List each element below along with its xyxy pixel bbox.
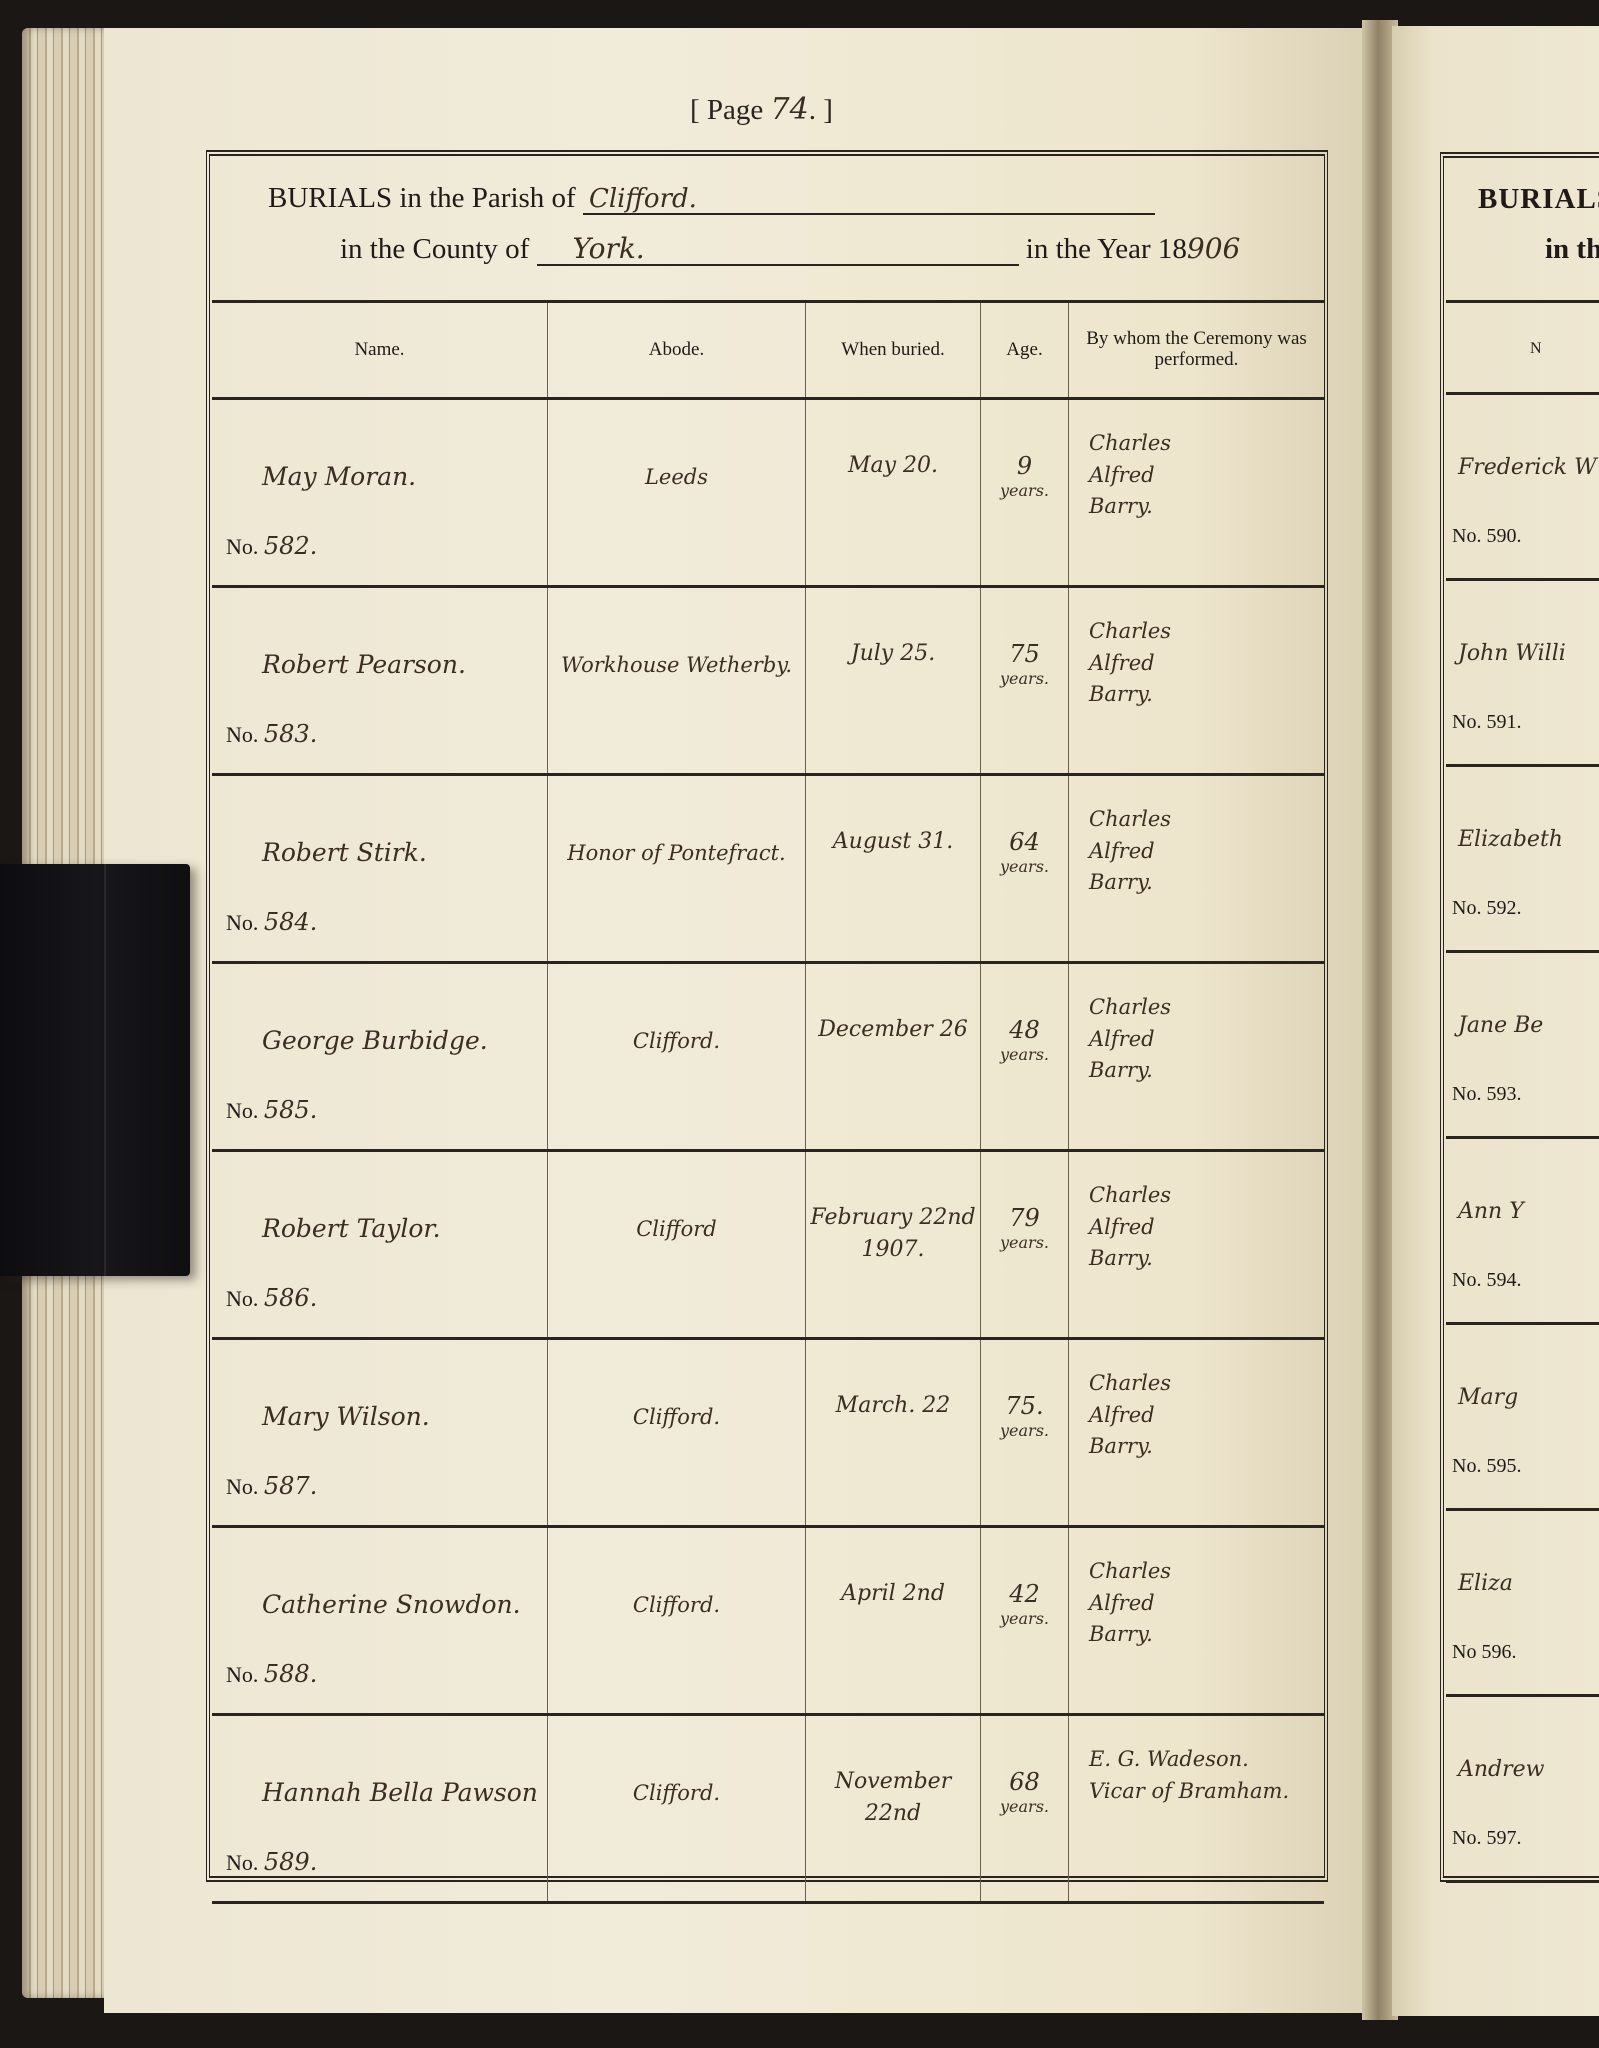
cell-when-buried: July 25.	[806, 587, 981, 775]
age-unit: years.	[981, 1421, 1068, 1440]
page-number-prefix: [ Page	[690, 94, 763, 126]
minister-line: Charles	[1089, 1368, 1171, 1400]
age-unit: years.	[981, 857, 1068, 876]
entry-number-label: No.	[226, 534, 258, 559]
abode: Clifford	[548, 1214, 805, 1244]
deceased-name: May Moran.	[262, 462, 416, 491]
cell-name: Robert Taylor. No. 586.	[212, 1151, 548, 1339]
header-row: Name. Abode. When buried. Age. By whom t…	[212, 302, 1324, 399]
cell-abode: Clifford.	[548, 1527, 806, 1715]
age: 42years.	[981, 1580, 1068, 1628]
cell-abode: Clifford.	[548, 963, 806, 1151]
entry-number-label: No.	[226, 910, 258, 935]
officiant: CharlesAlfredBarry.	[1089, 616, 1171, 711]
age-value: 9	[1017, 452, 1032, 480]
age-unit: years.	[981, 669, 1068, 688]
bookmark-ribbon[interactable]	[0, 864, 190, 1276]
facing-col-name: N	[1530, 340, 1542, 358]
table-row: George Burbidge. No. 585. Clifford. Dece…	[212, 963, 1324, 1151]
cell-when-buried: December 26	[806, 963, 981, 1151]
minister-line: Barry.	[1089, 1055, 1171, 1087]
facing-list-item: Frederick W No. 590.	[1452, 395, 1599, 575]
facing-entry-name: John Willi	[1458, 641, 1566, 666]
age-unit: years.	[981, 1609, 1068, 1628]
page-number: [ Page 74. ]	[690, 92, 833, 127]
cell-abode: Leeds	[548, 399, 806, 587]
facing-entry-name: Ann Y	[1458, 1199, 1524, 1224]
cell-age: 42years.	[981, 1527, 1069, 1715]
facing-entry-number: No. 593.	[1452, 1083, 1521, 1106]
cell-ceremony: CharlesAlfredBarry.	[1069, 963, 1325, 1151]
parish-heading: BURIALS in the Parish of Clifford.	[268, 182, 1155, 215]
age: 9years.	[981, 452, 1068, 500]
age-unit: years.	[981, 1233, 1068, 1252]
county-label: in the County of	[340, 233, 529, 265]
facing-header-rule-top	[1446, 300, 1599, 303]
county-field: York.	[537, 235, 1019, 266]
facing-entry-name: Eliza	[1458, 1571, 1513, 1596]
entry-number-label: No.	[226, 1474, 258, 1499]
cell-age: 75.years.	[981, 1339, 1069, 1527]
cell-abode: Clifford.	[548, 1715, 806, 1903]
burial-date: December 26	[806, 1014, 980, 1046]
minister-line: Charles	[1089, 1556, 1171, 1588]
entry-number-value: 583.	[264, 720, 317, 748]
age: 68years.	[981, 1768, 1068, 1816]
burial-date: November 22nd	[806, 1766, 980, 1830]
age: 75years.	[981, 640, 1068, 688]
col-name: Name.	[212, 302, 548, 399]
age-value: 42	[1009, 1580, 1040, 1608]
col-when-buried: When buried.	[806, 302, 981, 399]
cell-ceremony: CharlesAlfredBarry.	[1069, 587, 1325, 775]
burial-date: April 2nd	[806, 1578, 980, 1610]
cell-ceremony: CharlesAlfredBarry.	[1069, 1339, 1325, 1527]
abode: Honor of Pontefract.	[548, 838, 805, 868]
abode: Clifford.	[548, 1402, 805, 1432]
officiant: CharlesAlfredBarry.	[1089, 1180, 1171, 1275]
facing-list-item: Andrew No. 597.	[1452, 1697, 1599, 1877]
minister-line: Alfred	[1089, 1588, 1171, 1620]
facing-row-rule	[1446, 1880, 1599, 1883]
entry-number-value: 586.	[264, 1284, 317, 1312]
county-value: York.	[543, 232, 645, 265]
entry-number-label: No.	[226, 1850, 258, 1875]
cell-when-buried: May 20.	[806, 399, 981, 587]
burial-date: February 22nd 1907.	[806, 1202, 980, 1266]
deceased-name: Robert Pearson.	[262, 650, 466, 679]
cell-age: 68years.	[981, 1715, 1069, 1903]
age-unit: years.	[981, 1797, 1068, 1816]
age-value: 75.	[1005, 1392, 1043, 1420]
cell-name: Robert Pearson. No. 583.	[212, 587, 548, 775]
minister-line: Barry.	[1089, 1619, 1171, 1651]
facing-list-item: Elizabeth No. 592.	[1452, 767, 1599, 947]
facing-entry-number: No 596.	[1452, 1641, 1516, 1664]
minister-line: Barry.	[1089, 491, 1171, 523]
minister-line: Alfred	[1089, 648, 1171, 680]
officiant: CharlesAlfredBarry.	[1089, 1368, 1171, 1463]
cell-name: Hannah Bella Pawson No. 589.	[212, 1715, 548, 1903]
cell-when-buried: April 2nd	[806, 1527, 981, 1715]
deceased-name: Catherine Snowdon.	[262, 1590, 521, 1619]
cell-ceremony: E. G. Wadeson.Vicar of Bramham.	[1069, 1715, 1325, 1903]
facing-list-item: Marg No. 595.	[1452, 1325, 1599, 1505]
age-value: 48	[1009, 1016, 1040, 1044]
table-row: Catherine Snowdon. No. 588. Clifford. Ap…	[212, 1527, 1324, 1715]
deceased-name: George Burbidge.	[262, 1026, 488, 1055]
deceased-name: Hannah Bella Pawson	[262, 1778, 538, 1807]
abode: Clifford.	[548, 1026, 805, 1056]
facing-entry-name: Andrew	[1458, 1757, 1545, 1782]
minister-line: Charles	[1089, 1180, 1171, 1212]
cell-when-buried: February 22nd 1907.	[806, 1151, 981, 1339]
cell-name: May Moran. No. 582.	[212, 399, 548, 587]
cell-age: 48years.	[981, 963, 1069, 1151]
minister-line: Alfred	[1089, 1212, 1171, 1244]
table-row: Mary Wilson. No. 587. Clifford. March. 2…	[212, 1339, 1324, 1527]
minister-line: E. G. Wadeson.	[1089, 1744, 1289, 1776]
cell-ceremony: CharlesAlfredBarry.	[1069, 775, 1325, 963]
minister-line: Alfred	[1089, 836, 1171, 868]
cell-ceremony: CharlesAlfredBarry.	[1069, 1527, 1325, 1715]
abode: Clifford.	[548, 1590, 805, 1620]
facing-entry-number: No. 592.	[1452, 897, 1521, 920]
facing-page-subheading: in th	[1545, 233, 1599, 266]
entry-number-label: No.	[226, 722, 258, 747]
table-row: Robert Stirk. No. 584. Honor of Pontefra…	[212, 775, 1324, 963]
minister-line: Vicar of Bramham.	[1089, 1776, 1289, 1808]
minister-line: Barry.	[1089, 1243, 1171, 1275]
officiant: CharlesAlfredBarry.	[1089, 428, 1171, 523]
parish-label: BURIALS in the Parish of	[268, 182, 576, 214]
facing-entry-name: Marg	[1458, 1385, 1518, 1410]
minister-line: Alfred	[1089, 1400, 1171, 1432]
cell-when-buried: August 31.	[806, 775, 981, 963]
burial-date: July 25.	[806, 638, 980, 670]
age-value: 64	[1009, 828, 1040, 856]
parish-value: Clifford.	[589, 184, 697, 214]
abode: Workhouse Wetherby.	[548, 650, 805, 680]
entry-number-label: No.	[226, 1098, 258, 1123]
deceased-name: Mary Wilson.	[262, 1402, 430, 1431]
facing-list-item: John Willi No. 591.	[1452, 581, 1599, 761]
cell-age: 79years.	[981, 1151, 1069, 1339]
cell-name: Catherine Snowdon. No. 588.	[212, 1527, 548, 1715]
minister-line: Barry.	[1089, 867, 1171, 899]
cell-name: Robert Stirk. No. 584.	[212, 775, 548, 963]
cell-age: 9years.	[981, 399, 1069, 587]
facing-list-item: Eliza No 596.	[1452, 1511, 1599, 1691]
burial-date: March. 22	[806, 1390, 980, 1422]
minister-line: Charles	[1089, 428, 1171, 460]
officiant: CharlesAlfredBarry.	[1089, 1556, 1171, 1651]
age: 64years.	[981, 828, 1068, 876]
table-row: Robert Pearson. No. 583. Workhouse Wethe…	[212, 587, 1324, 775]
entry-number-value: 587.	[264, 1472, 317, 1500]
age: 79years.	[981, 1204, 1068, 1252]
col-abode: Abode.	[548, 302, 806, 399]
facing-entry-number: No. 591.	[1452, 711, 1521, 734]
entry-number-label: No.	[226, 1286, 258, 1311]
col-ceremony: By whom the Ceremony was performed.	[1069, 302, 1325, 399]
age: 48years.	[981, 1016, 1068, 1064]
table-row: May Moran. No. 582. Leeds May 20. 9years…	[212, 399, 1324, 587]
facing-entry-name: Frederick W	[1458, 455, 1597, 480]
burial-register-table: Name. Abode. When buried. Age. By whom t…	[212, 300, 1324, 1904]
facing-entry-number: No. 590.	[1452, 525, 1521, 548]
deceased-name: Robert Taylor.	[262, 1214, 441, 1243]
cell-name: Mary Wilson. No. 587.	[212, 1339, 548, 1527]
minister-line: Alfred	[1089, 1024, 1171, 1056]
entry-number-label: No.	[226, 1662, 258, 1687]
facing-entry-number: No. 595.	[1452, 1455, 1521, 1478]
cell-ceremony: CharlesAlfredBarry.	[1069, 399, 1325, 587]
col-age: Age.	[981, 302, 1069, 399]
age: 75.years.	[981, 1392, 1068, 1440]
entry-number-value: 585.	[264, 1096, 317, 1124]
facing-page-heading: BURIALS	[1478, 183, 1599, 216]
entry-number-value: 589.	[264, 1848, 317, 1876]
age-value: 79	[1009, 1204, 1040, 1232]
cell-abode: Clifford.	[548, 1339, 806, 1527]
age-value: 68	[1009, 1768, 1040, 1796]
officiant: CharlesAlfredBarry.	[1089, 804, 1171, 899]
facing-list-item: Ann Y No. 594.	[1452, 1139, 1599, 1319]
cell-name: George Burbidge. No. 585.	[212, 963, 548, 1151]
cell-when-buried: March. 22	[806, 1339, 981, 1527]
cell-ceremony: CharlesAlfredBarry.	[1069, 1151, 1325, 1339]
minister-line: Charles	[1089, 804, 1171, 836]
minister-line: Charles	[1089, 616, 1171, 648]
officiant: CharlesAlfredBarry.	[1089, 992, 1171, 1087]
age-unit: years.	[981, 1045, 1068, 1064]
page-number-suffix: . ]	[809, 94, 833, 126]
entry-number-value: 584.	[264, 908, 317, 936]
minister-line: Charles	[1089, 992, 1171, 1024]
officiant: E. G. Wadeson.Vicar of Bramham.	[1089, 1744, 1289, 1807]
table-row: Robert Taylor. No. 586. Clifford Februar…	[212, 1151, 1324, 1339]
burial-date: May 20.	[806, 450, 980, 482]
deceased-name: Robert Stirk.	[262, 838, 427, 867]
minister-line: Alfred	[1089, 460, 1171, 492]
facing-entry-name: Elizabeth	[1458, 827, 1563, 852]
facing-entry-number: No. 597.	[1452, 1827, 1521, 1850]
facing-list-item: Jane Be No. 593.	[1452, 953, 1599, 1133]
entry-number: No. 584.	[226, 908, 317, 936]
entry-number: No. 588.	[226, 1660, 317, 1688]
year-value: 906	[1187, 232, 1240, 265]
cell-age: 64years.	[981, 775, 1069, 963]
facing-entry-number: No. 594.	[1452, 1269, 1521, 1292]
minister-line: Barry.	[1089, 1431, 1171, 1463]
age-unit: years.	[981, 481, 1068, 500]
entry-number-value: 588.	[264, 1660, 317, 1688]
cell-abode: Workhouse Wetherby.	[548, 587, 806, 775]
age-value: 75	[1009, 640, 1040, 668]
cell-when-buried: November 22nd	[806, 1715, 981, 1903]
minister-line: Barry.	[1089, 679, 1171, 711]
abode: Leeds	[548, 462, 805, 492]
abode: Clifford.	[548, 1778, 805, 1808]
entry-number: No. 583.	[226, 720, 317, 748]
entry-number-value: 582.	[264, 532, 317, 560]
page-number-value: 74	[771, 92, 809, 127]
year-label: in the Year 18	[1026, 233, 1187, 265]
entry-number: No. 587.	[226, 1472, 317, 1500]
county-heading: in the County of York. in the Year 18906	[340, 232, 1240, 266]
entry-number: No. 586.	[226, 1284, 317, 1312]
parish-field: Clifford.	[583, 184, 1155, 215]
burial-date: August 31.	[806, 826, 980, 858]
cell-abode: Honor of Pontefract.	[548, 775, 806, 963]
table-row: Hannah Bella Pawson No. 589. Clifford. N…	[212, 1715, 1324, 1903]
entry-number: No. 582.	[226, 532, 317, 560]
cell-age: 75years.	[981, 587, 1069, 775]
entry-number: No. 589.	[226, 1848, 317, 1876]
cell-abode: Clifford	[548, 1151, 806, 1339]
facing-entry-name: Jane Be	[1458, 1013, 1543, 1038]
entry-number: No. 585.	[226, 1096, 317, 1124]
